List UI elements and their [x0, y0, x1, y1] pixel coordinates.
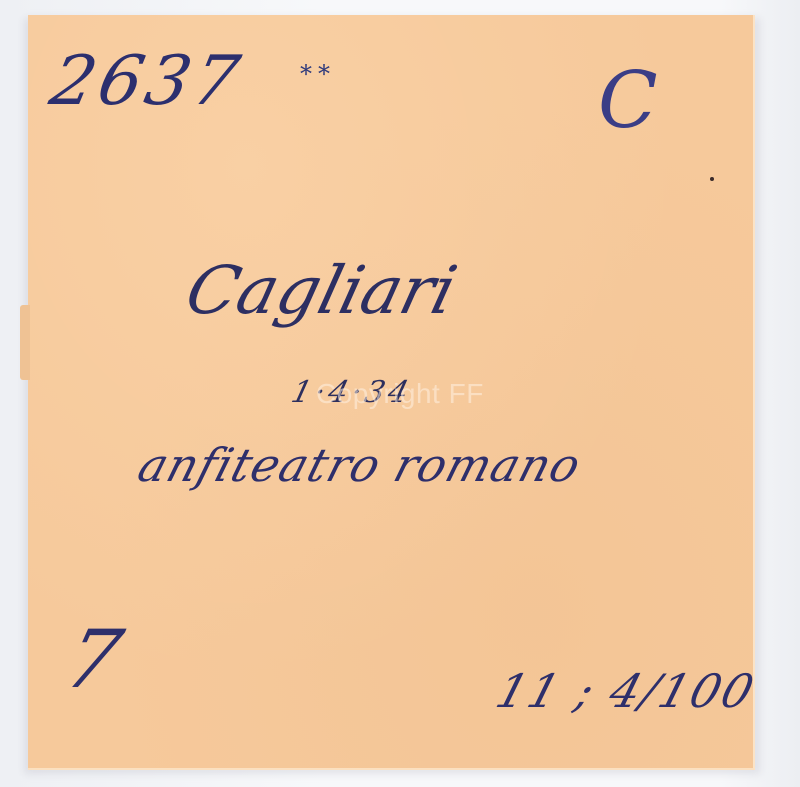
ratio-text: 11 ; 4/100 [491, 668, 760, 714]
photo-stage: 2637 ** C Cagliari 1·4·34 Copyright FF a… [0, 0, 800, 787]
catalog-number: 2637 [45, 48, 249, 116]
description-text: anfiteatro romano [133, 442, 586, 488]
series-letter: C [598, 62, 658, 140]
copyright-watermark: Copyright FF [316, 378, 484, 410]
catalog-stars-icon: ** [300, 62, 336, 86]
place-name: Cagliari [180, 258, 463, 324]
ink-dot-mark [710, 177, 714, 181]
